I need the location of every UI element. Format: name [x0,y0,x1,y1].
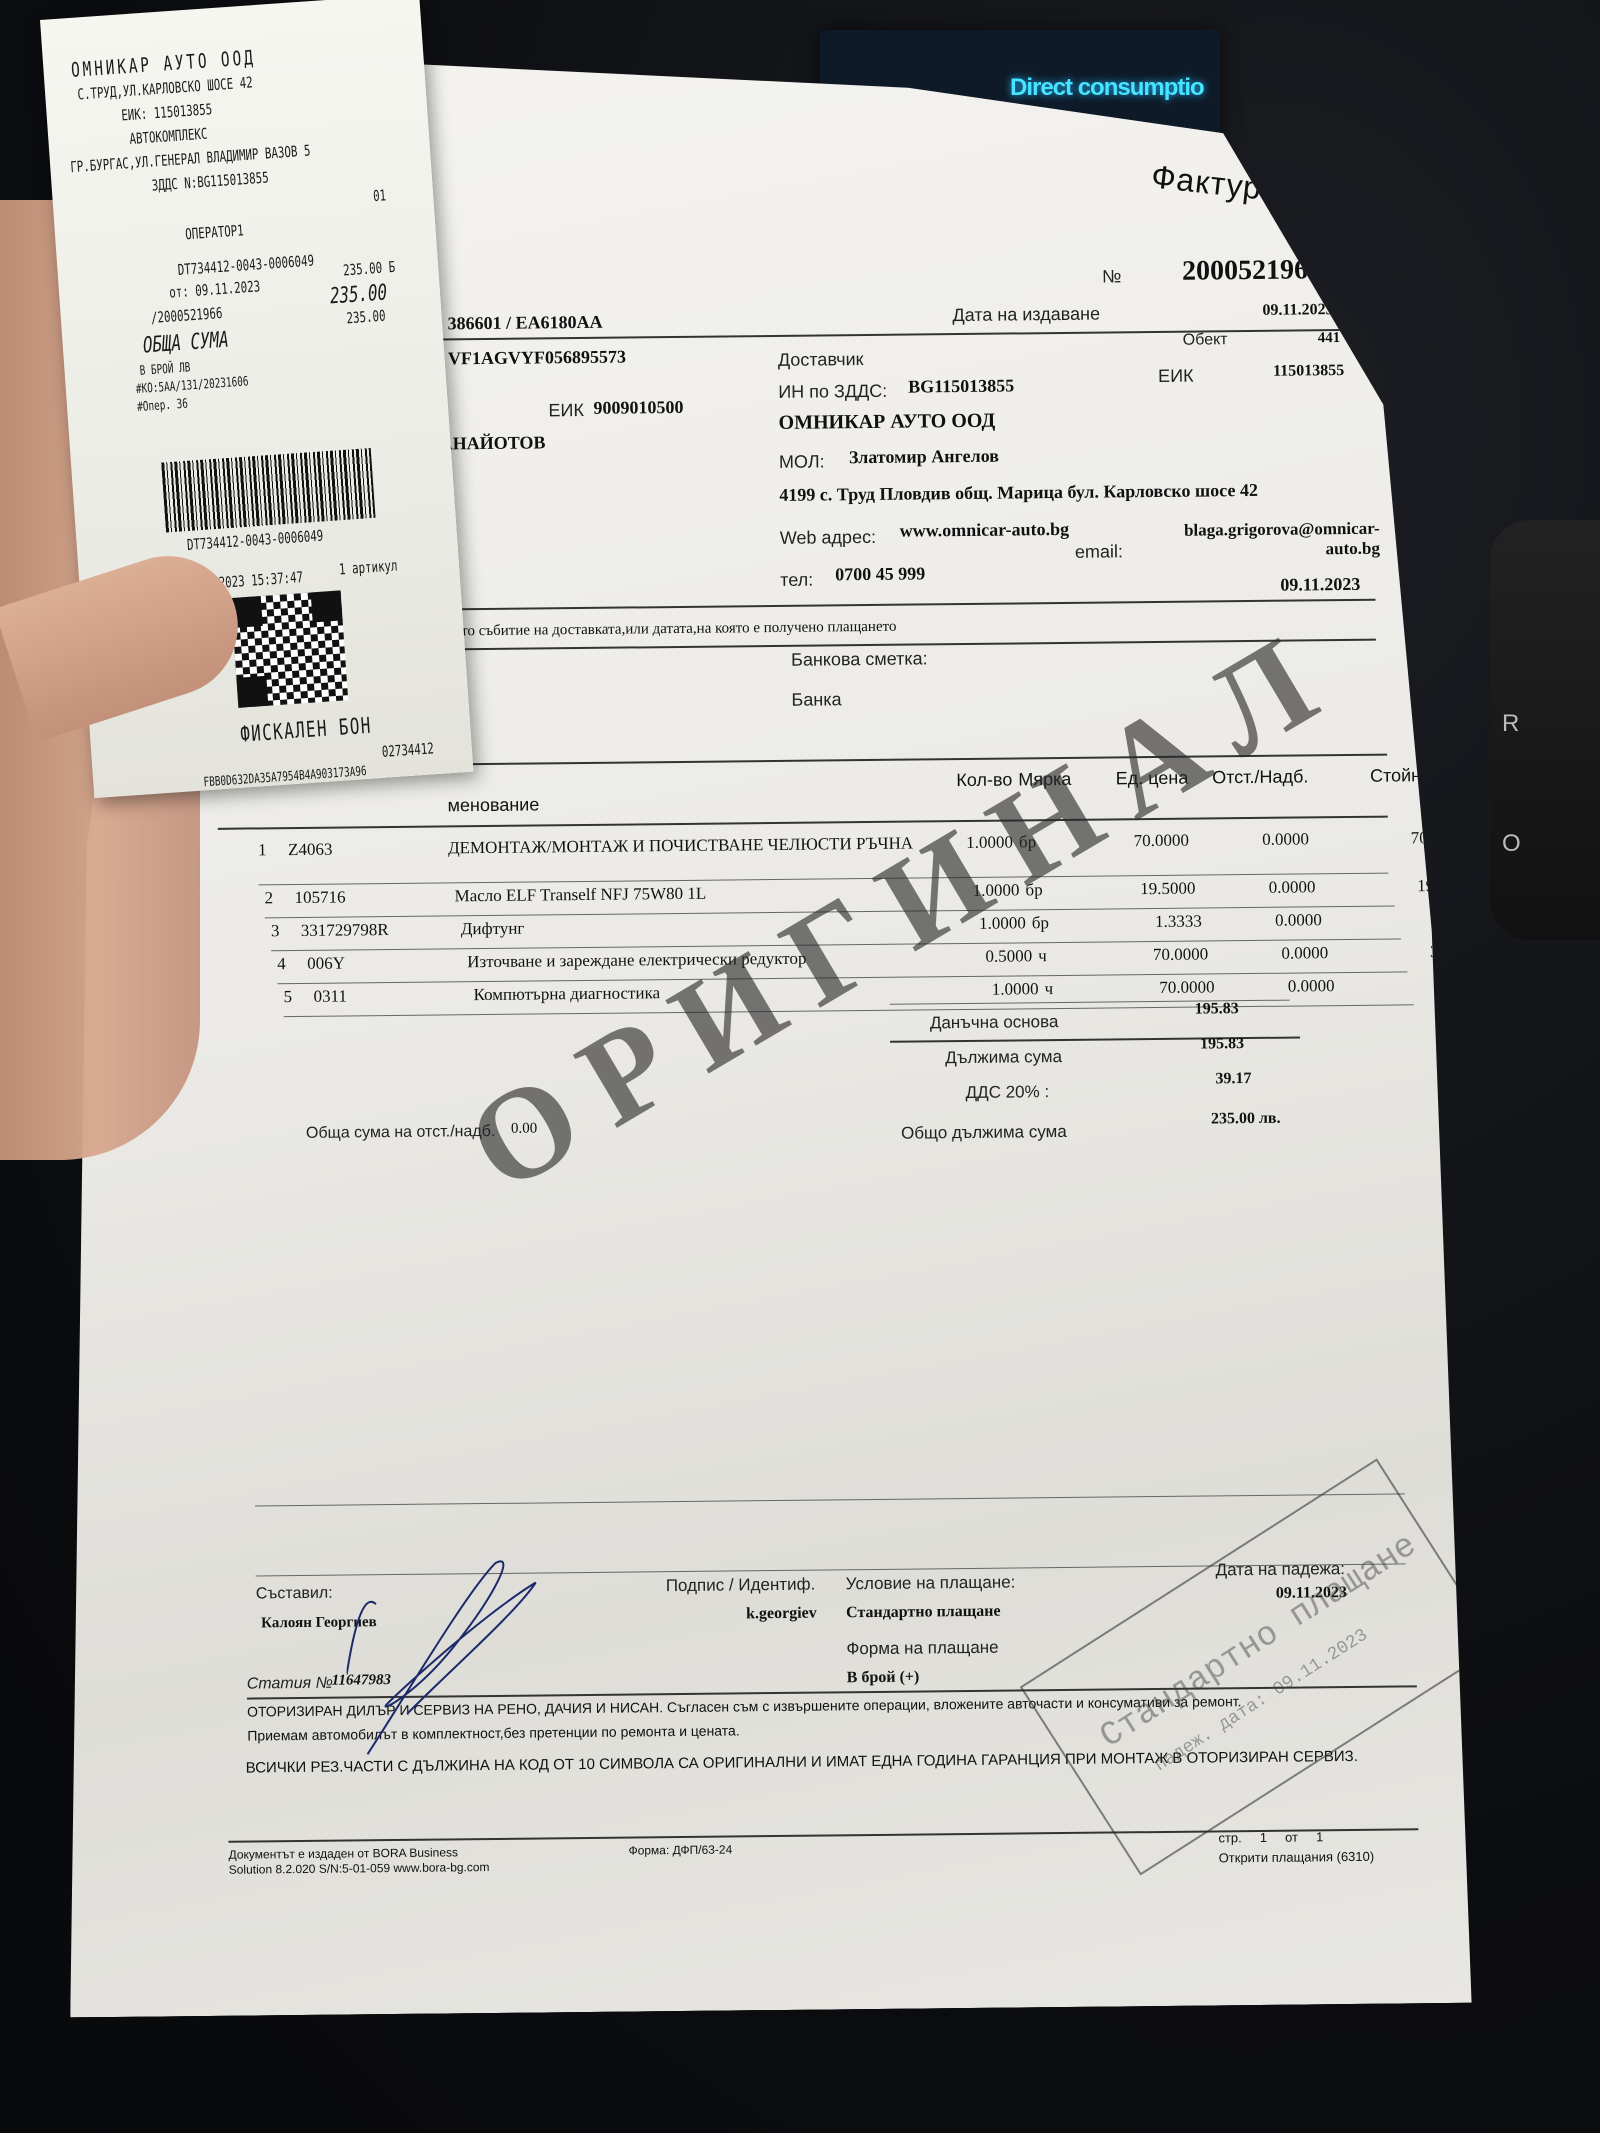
supplier-phone-label: тел: [780,570,813,591]
receipt-items-count: 1 артикул [338,556,398,578]
vat-label: ДДС 20% : [966,1082,1050,1103]
supplier-mol-label: МОЛ: [779,451,825,472]
row-index: 2 [264,888,294,908]
row-index: 5 [283,987,313,1007]
footer-top-divider [255,1493,1405,1506]
row-discount: 0.0000 [1202,910,1322,931]
row-code: 331729798R [301,919,461,941]
bank-label: Банка [791,689,841,711]
software-credit: Документът е издаден от BORA Business So… [228,1845,489,1878]
row-code: Z4063 [288,838,448,860]
supplier-eik: 115013855 [1273,362,1344,381]
composed-label: Съставил: [256,1585,333,1604]
payment-terms: Стандартно плащане [846,1603,1001,1623]
row-value: 70.00 [1334,975,1474,996]
signature-label: Подпис / Идентиф. [666,1575,816,1597]
supplier-mol: Златомир Ангелов [849,446,999,469]
supplier-vat-label: ИН по ЗДДС: [778,381,887,403]
receipt-line-amount: 235.00 Б [343,258,396,280]
receipt-oper-line: #Опер. 36 [137,397,189,416]
row-unit-price: 1.3333 [1092,912,1202,933]
payment-form: В брой (+) [847,1669,920,1688]
tax-event-text: анъчното събитие на доставката,или датат… [416,619,897,641]
payment-stamp: Стандартно плащане падеж. дата: 09.11.20… [1020,1458,1498,1875]
receipt-invoice-ref: /2000521966 [150,304,223,327]
row-value: 70.00 [1309,828,1449,849]
object-label: Обект [1183,331,1228,349]
bank-account-label: Банкова сметка: [791,648,928,670]
receipt-operator: ОПЕРАТОР1 [185,221,245,243]
tax-base-label: Данъчна основа [930,1012,1059,1033]
invoice-number: 2000521966 [1182,254,1322,287]
page-label: стр. [1218,1830,1241,1845]
page-number: 1 [1260,1830,1267,1845]
row-discount: 0.0000 [1208,943,1328,964]
row-index: 3 [271,921,301,941]
receipt-qr-code [231,590,348,707]
row-code: 105716 [294,886,454,908]
vehicle-plate: 386601 / EA6180AA [447,312,602,335]
row-unit-price: 70.0000 [1104,977,1214,998]
payment-form-label: Форма на плащане [846,1638,998,1660]
supplier-email-link[interactable]: blaga.grigorova@omnicar-auto.bg [1150,519,1380,561]
row-code: 006Y [307,952,467,974]
receipt-register: 01 [372,186,386,205]
open-payments: Открити плащания (6310) [1219,1849,1375,1866]
row-unit-price: 70.0000 [1098,944,1208,965]
row-unit: ч [1038,979,1104,1000]
wheel-button-o: O [1502,830,1521,858]
receipt-doc-no: DT734412-0043-0006049 [177,251,314,278]
wheel-button-r: R [1502,710,1519,738]
receipt-fiscal-label: ФИСКАЛЕН БОН [240,714,373,748]
steering-wheel-controls: R O [1490,520,1600,940]
receipt-cash: 235.00 [346,307,386,328]
receipt-barcode [161,448,375,532]
row-value: 19.50 [1315,876,1455,897]
supplier-address: 4199 с. Труд Пловдив общ. Марица бул. Ка… [779,480,1258,506]
supplier-heading: Доставчик [778,349,864,371]
vat-amount: 39.17 [1215,1070,1251,1088]
receipt-barcode-text: DT734412-0043-0006049 [186,527,323,554]
invoice-title: Фактура [1149,158,1282,209]
payment-terms-label: Условие на плащане: [846,1573,1016,1595]
receipt-total-label: ОБЩА СУМА [142,328,229,359]
page-indicator: стр. 1 от 1 [1218,1829,1323,1845]
row-index: 1 [258,840,288,860]
recipient-eik: 9009010500 [593,397,683,419]
receipt-invoice-date: от: 09.11.2023 [169,277,261,301]
tax-event-date: 09.11.2023 [1280,574,1360,596]
receipt-vat: ЗДДС N:BG115013855 [151,168,269,194]
dashboard-screen-text: Direct consumptio [1010,74,1204,102]
supplier-web-label: Web адрес: [780,527,876,549]
issue-date-label: Дата на издаване [952,304,1100,327]
handwritten-signature [345,1552,547,1774]
amount-due-label: Дължима сума [945,1047,1062,1068]
supplier-email-label: email: [1075,541,1123,563]
article-label: Статия № [247,1675,333,1694]
col-description: менование [447,770,917,816]
receipt-cash-label: В БРОЙ ЛВ [139,360,191,379]
stamp-text: Стандартно плащане [1094,1527,1424,1757]
issue-date: 09.11.2023 [1262,301,1333,320]
row-value: 1.33 [1322,909,1462,930]
software-line-2: Solution 8.2.020 S/N:5-01-059 www.bora-b… [229,1860,490,1878]
receipt-fiscal-id: 02734412 [381,739,434,761]
col-value: Стойност [1308,765,1448,807]
page-count: 1 [1316,1829,1323,1844]
invoice-number-label: № [1102,266,1122,287]
supplier-eik-label: ЕИК [1158,366,1194,387]
row-unit: ч [1032,946,1098,967]
of-label: от [1285,1830,1298,1845]
supplier-divider [386,599,1376,611]
row-discount: 0.0000 [1214,976,1334,997]
row-qty: 1.0000 [943,979,1038,1000]
row-discount: 0.0000 [1189,829,1309,850]
table-header-border [218,816,1388,830]
tax-base: 195.83 [1195,1000,1239,1018]
signature-id: k.georgiev [746,1605,817,1624]
row-unit-price: 19.5000 [1085,879,1195,900]
form-code: Форма: ДФП/63-24 [628,1842,732,1857]
recipient-eik-label: ЕИК [548,400,584,421]
vehicle-vin: VF1AGVYF056895573 [448,347,626,370]
receipt-total: 235.00 [329,280,388,309]
supplier-name: ОМНИКАР АУТО ООД [778,410,995,435]
supplier-website-link[interactable]: www.omnicar-auto.bg [900,519,1070,542]
row-index: 4 [277,954,307,974]
object-value: 441 [1318,330,1341,347]
supplier-phone: 0700 45 999 [835,563,925,585]
row-code: 0311 [313,985,473,1007]
supplier-vat: BG115013855 [908,375,1014,397]
grand-total: 235.00 лв. [1211,1110,1281,1129]
amount-due: 195.83 [1200,1035,1244,1053]
row-value: 35.00 [1328,942,1468,963]
row-discount: 0.0000 [1195,877,1315,898]
grand-total-label: Общо дължима сума [901,1122,1067,1144]
